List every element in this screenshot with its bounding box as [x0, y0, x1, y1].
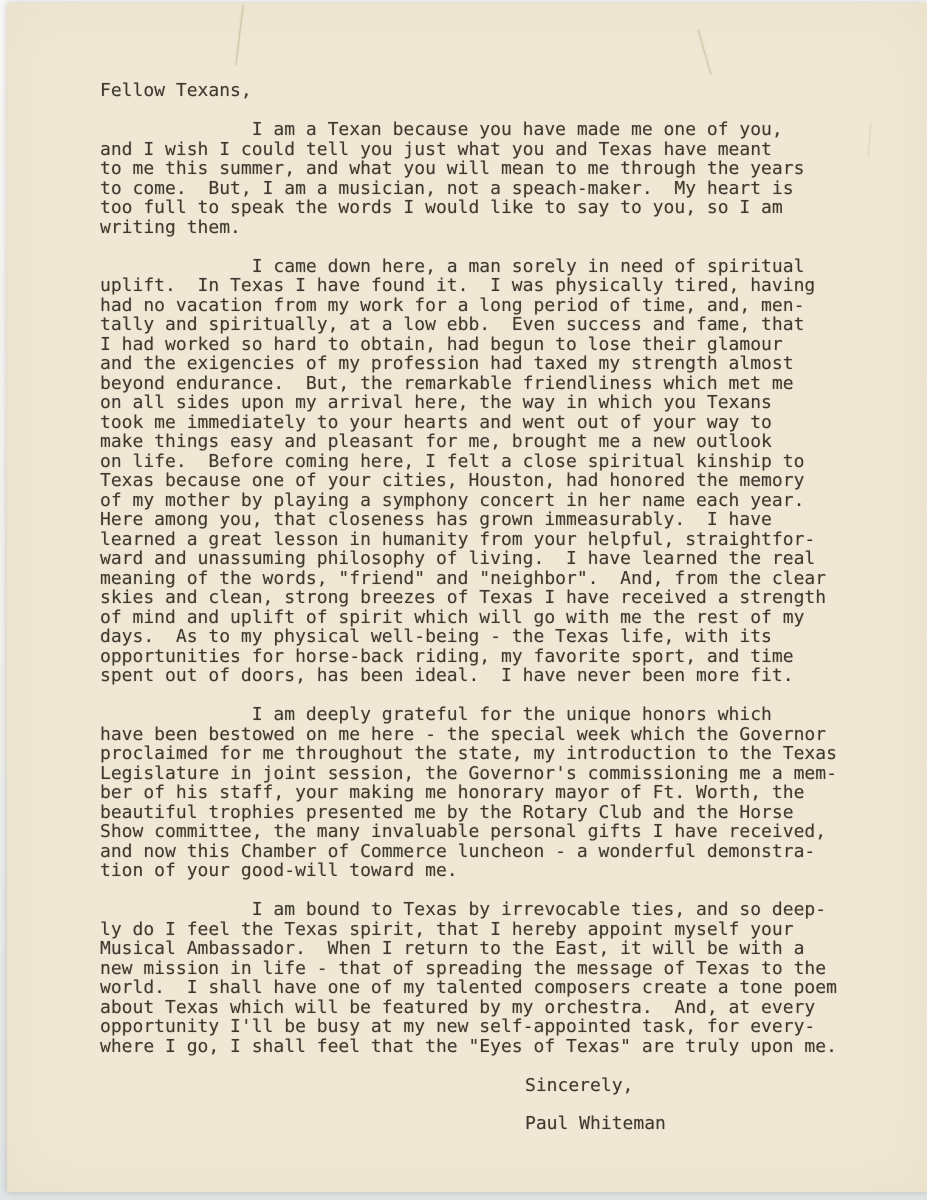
- paragraph-1: I am a Texan because you have made me on…: [100, 120, 860, 237]
- paragraph-2: I came down here, a man sorely in need o…: [100, 257, 860, 686]
- scan-background: { "document_type": "typewritten-letter-s…: [0, 0, 927, 1200]
- signature-name: Paul Whiteman: [525, 1114, 860, 1134]
- closing: Sincerely,: [525, 1076, 860, 1096]
- salutation: Fellow Texans,: [100, 81, 860, 101]
- paper-crease-right-edge: [868, 123, 871, 157]
- paper-crease-top-right: [698, 30, 712, 74]
- signature-block: Sincerely, Paul Whiteman: [525, 1076, 860, 1134]
- letter-paper: Fellow Texans, I am a Texan because you …: [7, 3, 927, 1192]
- letter-body: Fellow Texans, I am a Texan because you …: [100, 81, 860, 1133]
- paragraph-3: I am deeply grateful for the unique hono…: [100, 705, 860, 881]
- paragraph-4: I am bound to Texas by irrevocable ties,…: [100, 900, 860, 1056]
- paper-crease-top-left: [235, 5, 243, 65]
